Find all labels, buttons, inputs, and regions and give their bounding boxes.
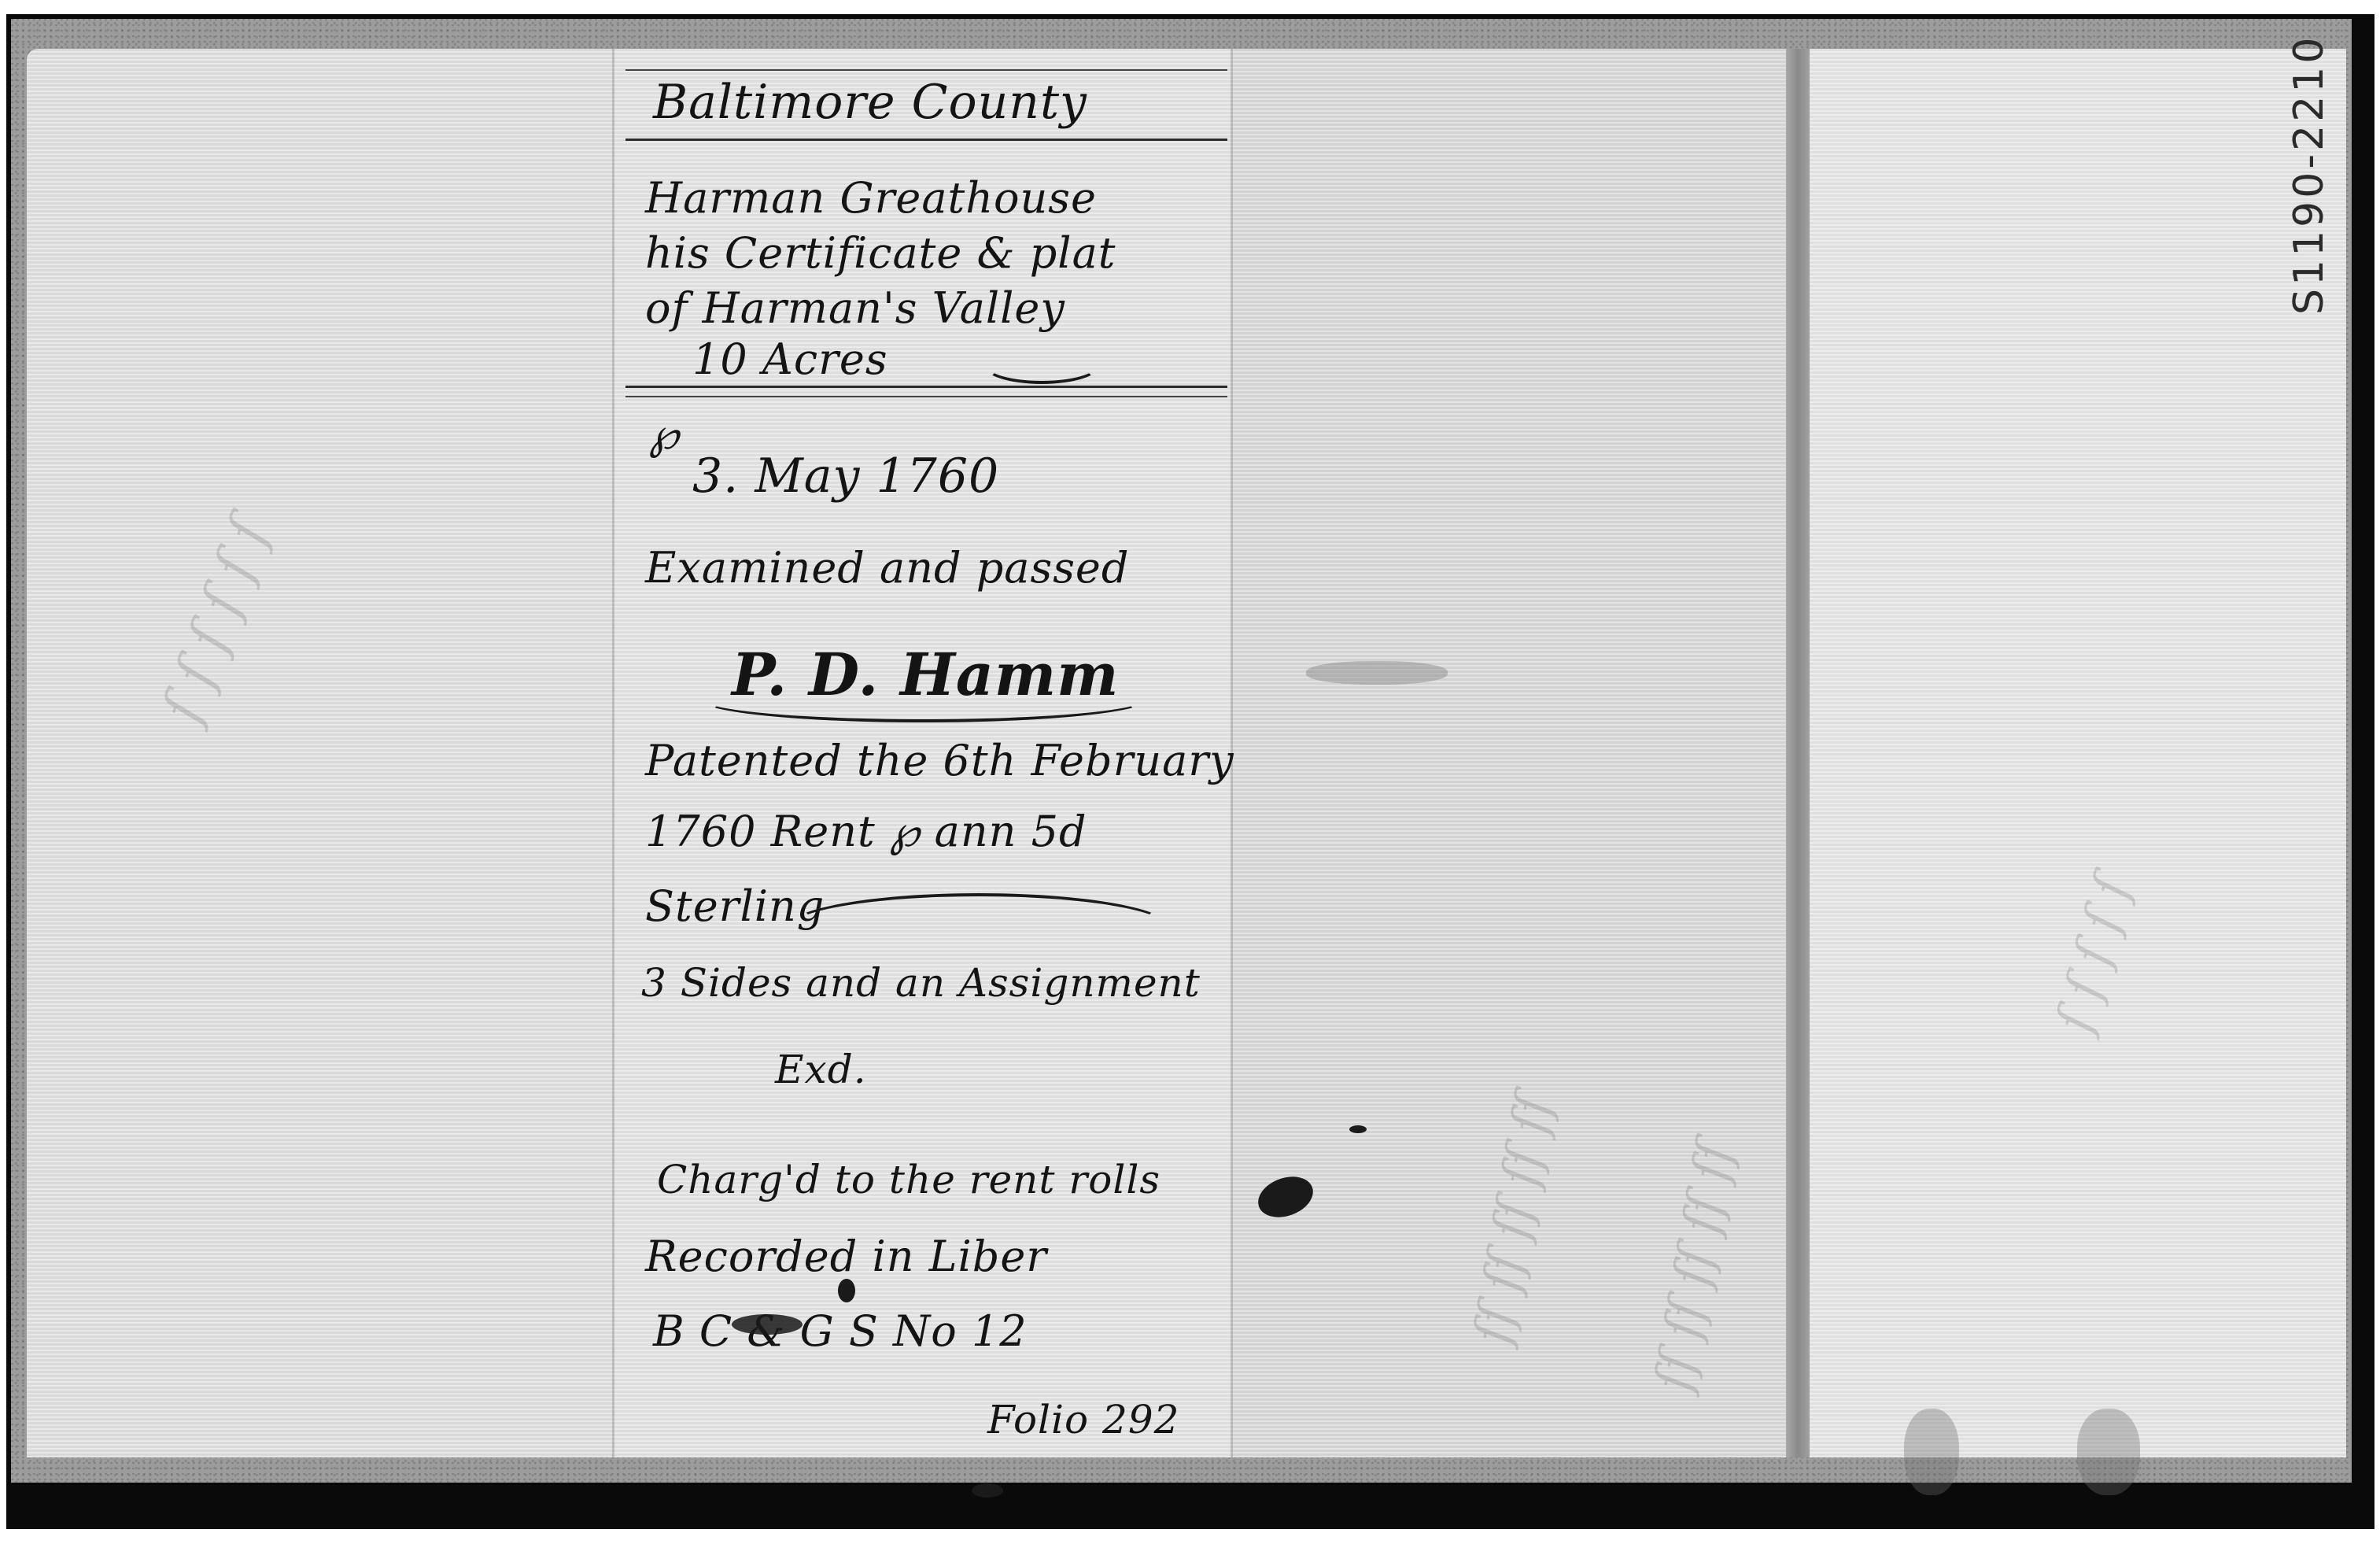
sides-note: 3 Sides and an Assignment xyxy=(641,960,1201,1006)
left-panel xyxy=(27,49,614,1457)
examined-status: Examined and passed xyxy=(645,543,1129,593)
rule-double xyxy=(625,396,1227,397)
examiner-mark: ℘ xyxy=(649,409,680,459)
tract-name: of Harman's Valley xyxy=(645,283,1065,333)
stain xyxy=(1306,661,1448,685)
flourish xyxy=(787,893,1171,962)
liber-reference: B C & G S No 12 xyxy=(653,1306,1028,1356)
folio-number: Folio 292 xyxy=(987,1397,1179,1442)
stain xyxy=(1904,1409,1959,1495)
certificate-line: his Certificate & plat xyxy=(645,228,1116,278)
fold-gap xyxy=(1786,49,1810,1457)
archive-number: S1190-2210 xyxy=(2286,35,2333,315)
ink-blot xyxy=(732,1314,803,1335)
rule-under-title xyxy=(625,386,1227,388)
ink-blot xyxy=(972,1483,1003,1498)
patent-date: Patented the 6th February xyxy=(645,736,1234,785)
grantee-name: Harman Greathouse xyxy=(645,173,1097,223)
rule-under-county xyxy=(625,139,1227,141)
rent-roll-note: Charg'd to the rent rolls xyxy=(657,1157,1160,1202)
ink-blot xyxy=(1349,1125,1367,1133)
examined-date: 3. May 1760 xyxy=(692,449,999,504)
fold-line xyxy=(612,49,614,1457)
top-rule xyxy=(625,69,1227,71)
acreage: 10 Acres xyxy=(692,334,888,384)
right-panel xyxy=(1810,49,2346,1457)
signature-flourish xyxy=(700,677,1147,722)
flourish xyxy=(983,346,1100,384)
patent-rent: 1760 Rent ℘ ann 5d xyxy=(645,807,1087,856)
ink-blot xyxy=(838,1279,855,1302)
county-heading: Baltimore County xyxy=(653,75,1087,130)
recorded-in-liber: Recorded in Liber xyxy=(645,1232,1047,1281)
stain xyxy=(2077,1409,2140,1495)
examined-abbrev: Exd. xyxy=(775,1047,867,1092)
